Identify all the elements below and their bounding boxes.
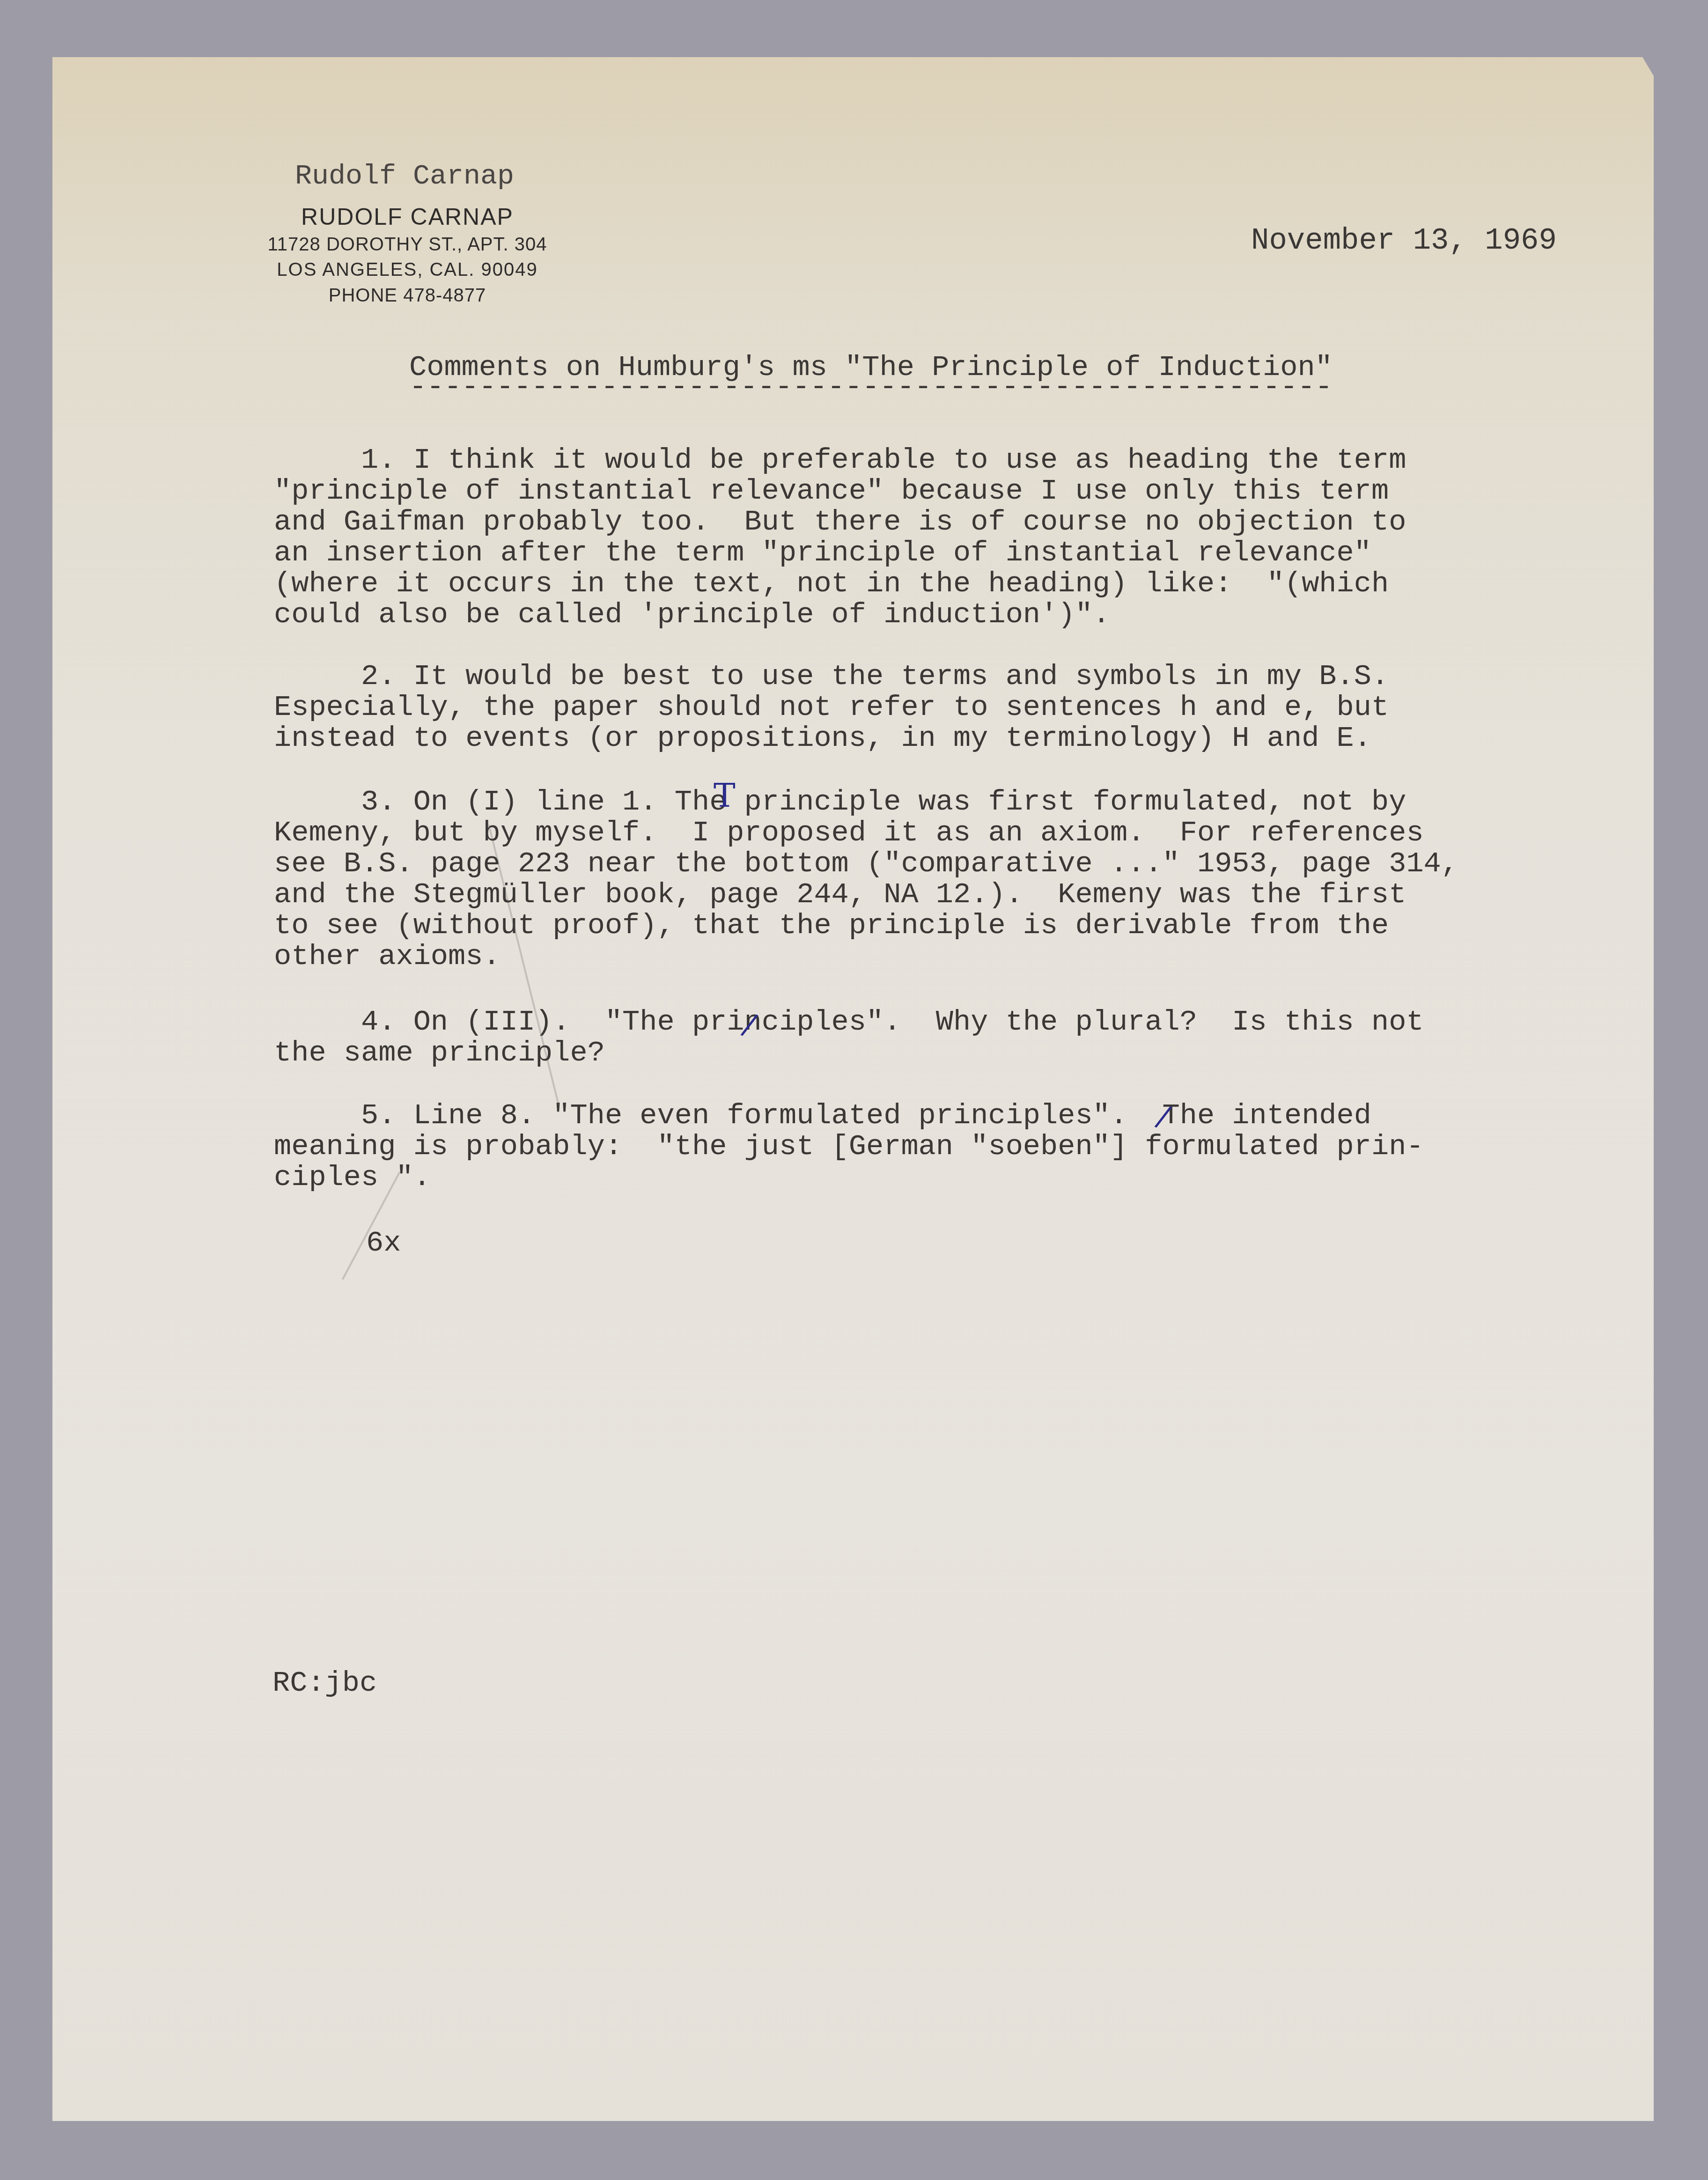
- letterhead-phone: PHONE 478-4877: [229, 285, 585, 306]
- paragraph-line: other axioms.: [274, 940, 501, 973]
- paragraph-line: "principle of instantial relevance" beca…: [274, 474, 1389, 508]
- struck-item-mark: 6x: [366, 1228, 401, 1259]
- paragraph-line: could also be called 'principle of induc…: [274, 598, 1110, 631]
- paragraph-line: and Gaifman probably too. But there is o…: [274, 505, 1406, 538]
- paragraph-line: Especially, the paper should not refer t…: [274, 691, 1389, 724]
- typist-initials: RC:jbc: [272, 1668, 377, 1699]
- paragraph-line: see B.S. page 223 near the bottom ("comp…: [274, 847, 1458, 880]
- letterhead-address-street: 11728 DOROTHY ST., APT. 304: [229, 234, 585, 255]
- paragraph-line: ciples ".: [274, 1161, 431, 1194]
- paragraph-2: 2. It would be best to use the terms and…: [274, 661, 1389, 754]
- letterhead-printed-name: RUDOLF CARNAP: [229, 203, 585, 230]
- letterhead-typed-name: Rudolf Carnap: [295, 161, 514, 192]
- letterhead-address-city: LOS ANGELES, CAL. 90049: [229, 259, 585, 280]
- paragraph-line: 4. On (III). "The principles". Why the p…: [274, 1005, 1424, 1038]
- paragraph-line: the same principle?: [274, 1036, 605, 1069]
- paragraph-line: Kemeny, but by myself. I proposed it as …: [274, 816, 1424, 849]
- paragraph-3: 3. On (I) line 1. The principle was firs…: [274, 787, 1458, 972]
- title-underline: ----------------------------------------…: [409, 372, 1333, 403]
- letter-date: November 13, 1969: [1251, 226, 1557, 257]
- paragraph-line: 2. It would be best to use the terms and…: [274, 660, 1389, 693]
- letter-paper: Rudolf Carnap RUDOLF CARNAP 11728 DOROTH…: [52, 57, 1654, 2121]
- paragraph-5: 5. Line 8. "The even formulated principl…: [274, 1100, 1424, 1193]
- paragraph-line: to see (without proof), that the princip…: [274, 909, 1389, 942]
- paragraph-line: meaning is probably: "the just [German "…: [274, 1130, 1424, 1163]
- paragraph-4: 4. On (III). "The principles". Why the p…: [274, 1007, 1424, 1068]
- paragraph-line: instead to events (or propositions, in m…: [274, 722, 1371, 755]
- paragraph-line: an insertion after the term "principle o…: [274, 536, 1371, 569]
- paragraph-line: 1. I think it would be preferable to use…: [274, 443, 1406, 477]
- paragraph-line: (where it occurs in the text, not in the…: [274, 567, 1389, 600]
- paragraph-line: 5. Line 8. "The even formulated principl…: [274, 1099, 1371, 1132]
- paragraph-line: and the Stegmüller book, page 244, NA 12…: [274, 878, 1406, 911]
- paragraph-1: 1. I think it would be preferable to use…: [274, 445, 1406, 630]
- paragraph-line: 3. On (I) line 1. The principle was firs…: [274, 785, 1406, 818]
- ink-correction-T-icon: T: [714, 776, 736, 815]
